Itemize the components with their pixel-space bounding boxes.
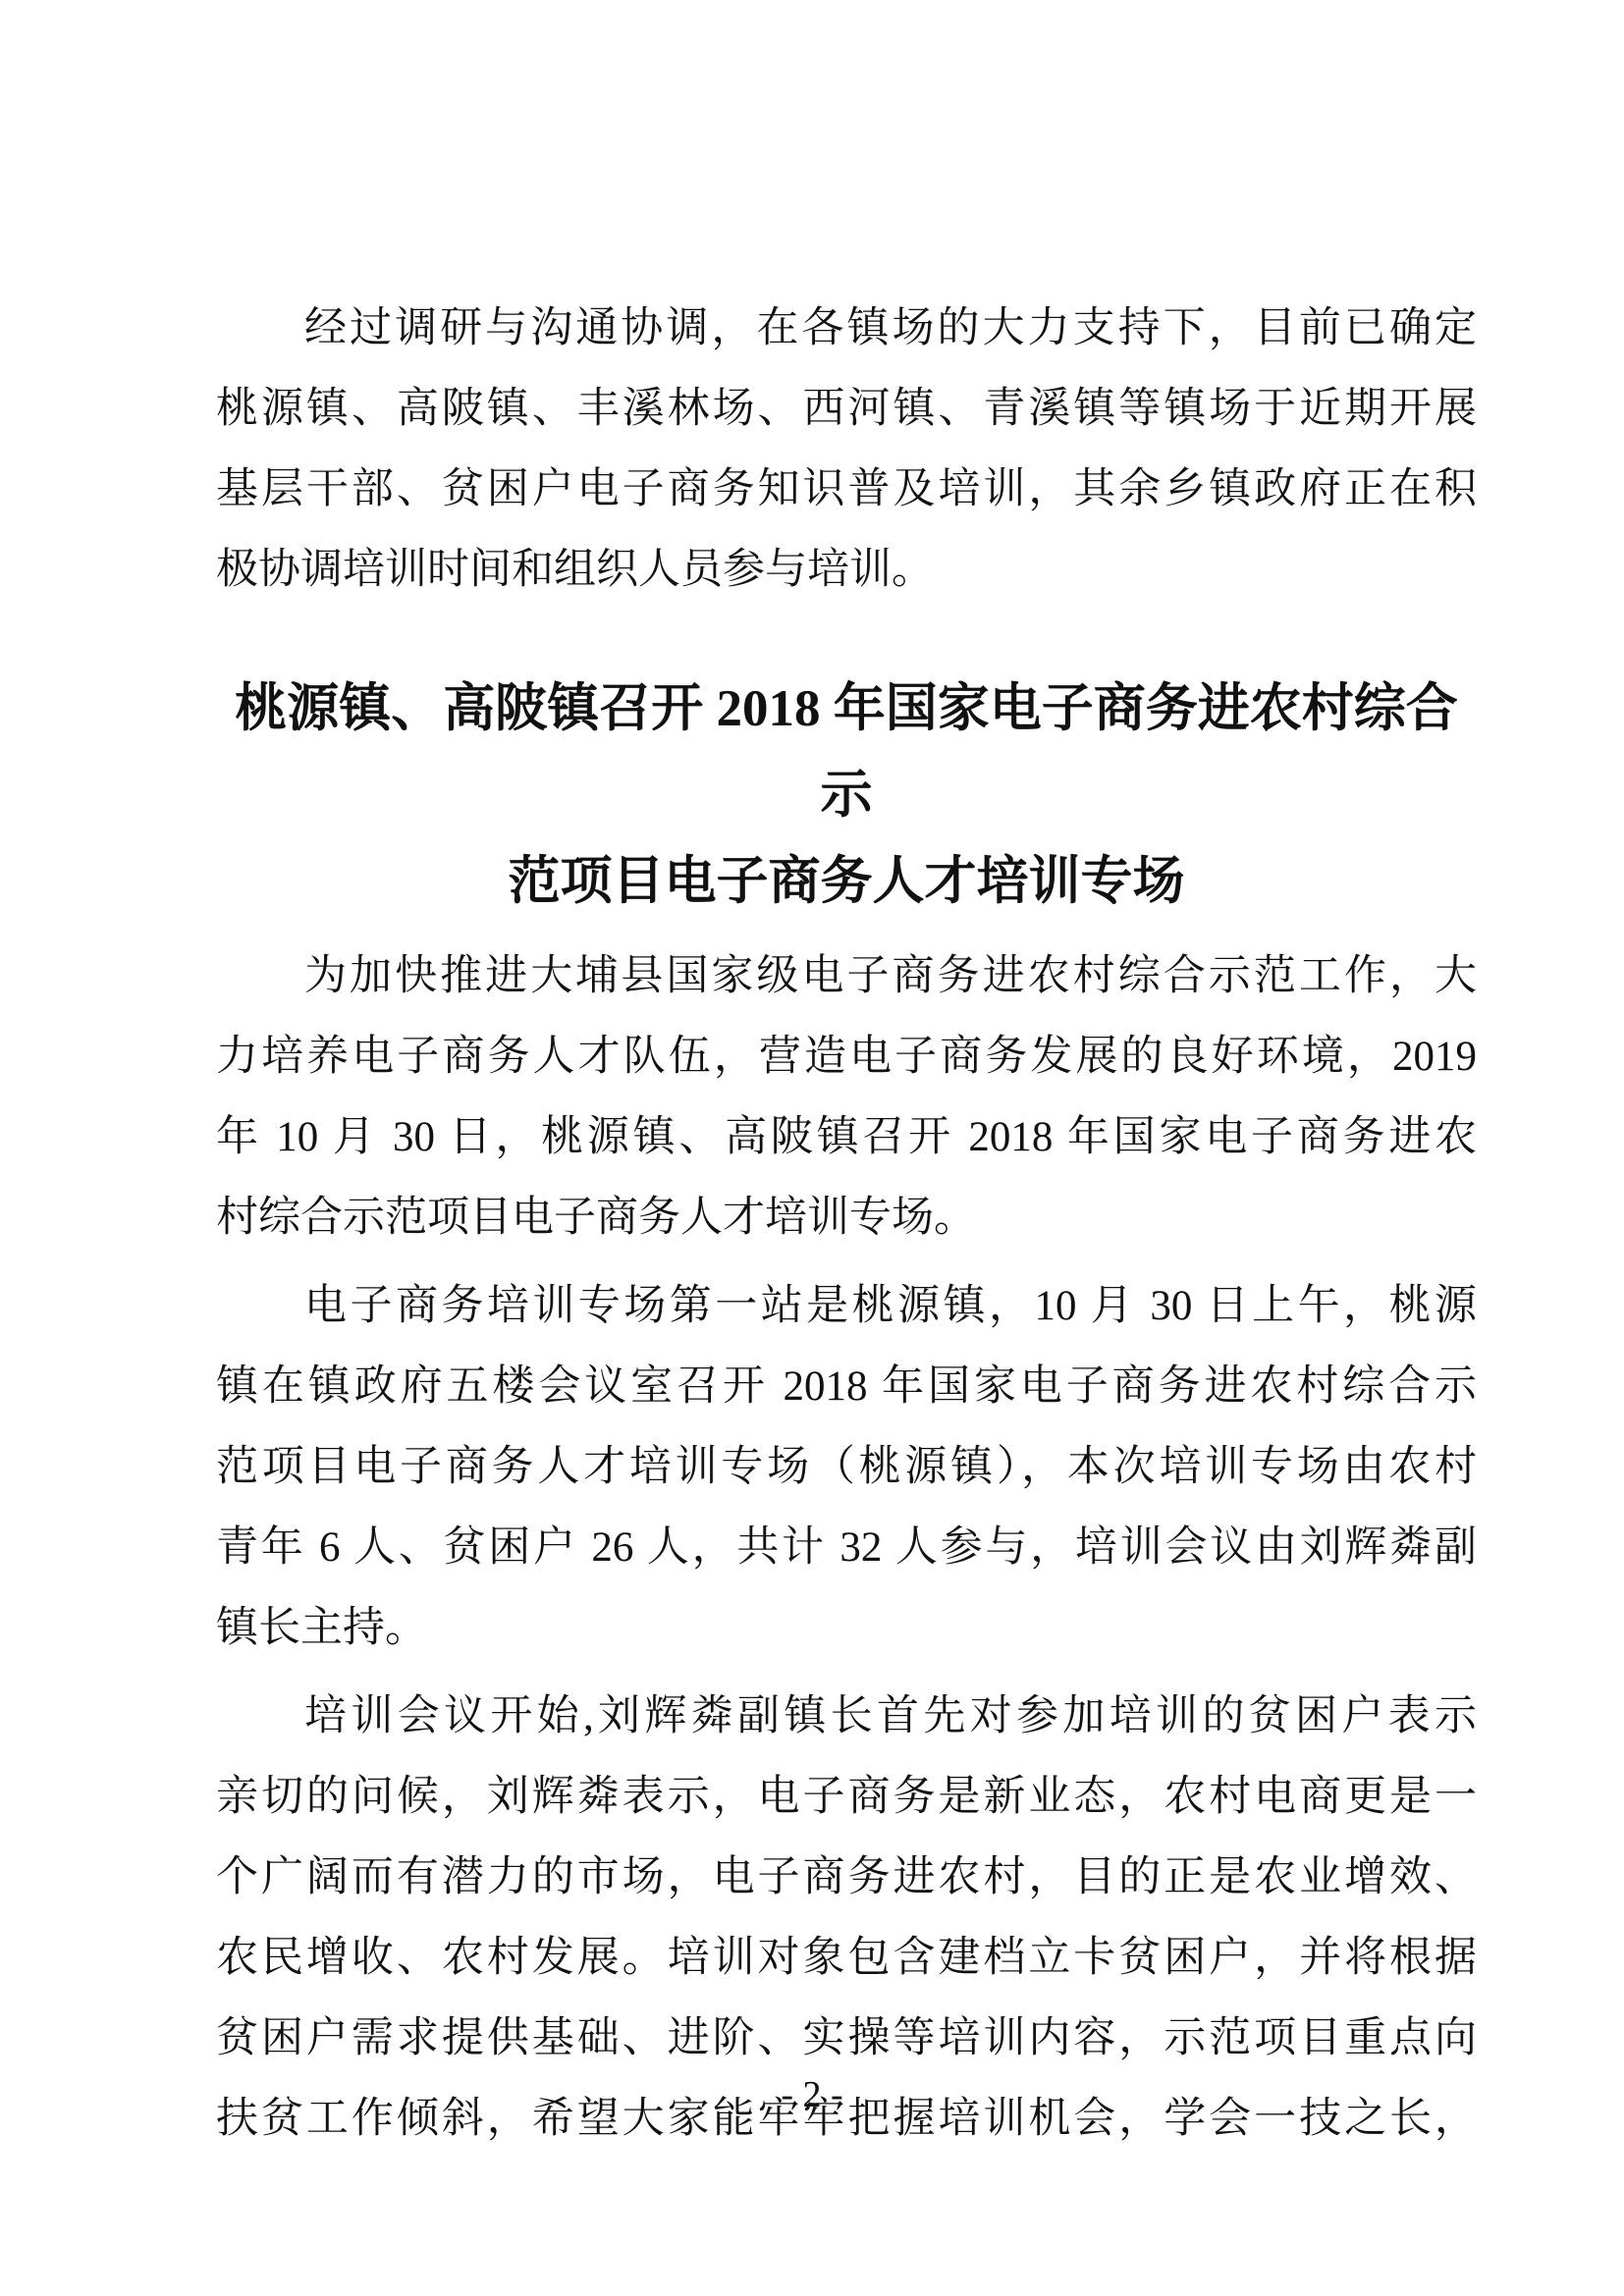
document-page: 经过调研与沟通协调，在各镇场的大力支持下，目前已确定 桃源镇、高陂镇、丰溪林场、… — [0, 0, 1624, 2296]
paragraph-line: 农民增收、农村发展。培训对象包含建档立卡贫困户，并将根据 — [216, 1918, 1477, 1999]
section-title-line-2: 范项目电子商务人才培训专场 — [216, 838, 1477, 925]
paragraph-line: 年 10 月 30 日，桃源镇、高陂镇召开 2018 年国家电子商务进农 — [216, 1097, 1477, 1178]
paragraph-line: 力培养电子商务人才队伍，营造电子商务发展的良好环境，2019 — [216, 1017, 1477, 1097]
paragraph-line: 电子商务培训专场第一站是桃源镇，10 月 30 日上午，桃源 — [216, 1266, 1477, 1347]
paragraph-line: 极协调培训时间和组织人员参与培训。 — [216, 530, 1477, 611]
paragraph-line: 镇长主持。 — [216, 1588, 1477, 1669]
section-title: 桃源镇、高陂镇召开 2018 年国家电子商务进农村综合示 范项目电子商务人才培训… — [216, 666, 1477, 925]
paragraph-line: 贫困户需求提供基础、进阶、实操等培训内容，示范项目重点向 — [216, 1999, 1477, 2079]
paragraph-line: 范项目电子商务人才培训专场（桃源镇），本次培训专场由农村 — [216, 1427, 1477, 1508]
paragraph-line: 镇在镇政府五楼会议室召开 2018 年国家电子商务进农村综合示 — [216, 1347, 1477, 1427]
paragraph-line: 桃源镇、高陂镇、丰溪林场、西河镇、青溪镇等镇场于近期开展 — [216, 369, 1477, 450]
paragraph-line: 为加快推进大埔县国家级电子商务进农村综合示范工作，大 — [216, 936, 1477, 1017]
paragraph-line: 青年 6 人、贫困户 26 人，共计 32 人参与，培训会议由刘辉粦副 — [216, 1508, 1477, 1588]
section-title-line-1: 桃源镇、高陂镇召开 2018 年国家电子商务进农村综合示 — [216, 666, 1477, 838]
paragraph-line: 个广阔而有潜力的市场，电子商务进农村，目的正是农业增效、 — [216, 1838, 1477, 1918]
paragraph-taoyuan-session: 电子商务培训专场第一站是桃源镇，10 月 30 日上午，桃源 镇在镇政府五楼会议… — [216, 1266, 1477, 1669]
paragraph-survey-coordination: 经过调研与沟通协调，在各镇场的大力支持下，目前已确定 桃源镇、高陂镇、丰溪林场、… — [216, 289, 1477, 611]
paragraph-line: 培训会议开始,刘辉粦副镇长首先对参加培训的贫困户表示 — [216, 1677, 1477, 1757]
paragraph-line: 亲切的问候，刘辉粦表示，电子商务是新业态，农村电商更是一 — [216, 1757, 1477, 1838]
paragraph-training-launch: 为加快推进大埔县国家级电子商务进农村综合示范工作，大 力培养电子商务人才队伍，营… — [216, 936, 1477, 1258]
paragraph-line: 经过调研与沟通协调，在各镇场的大力支持下，目前已确定 — [216, 289, 1477, 369]
page-number: - 2 - — [0, 2073, 1624, 2116]
paragraph-line: 村综合示范项目电子商务人才培训专场。 — [216, 1178, 1477, 1258]
document-body: 经过调研与沟通协调，在各镇场的大力支持下，目前已确定 桃源镇、高陂镇、丰溪林场、… — [216, 289, 1477, 2167]
paragraph-line: 基层干部、贫困户电子商务知识普及培训，其余乡镇政府正在积 — [216, 450, 1477, 530]
